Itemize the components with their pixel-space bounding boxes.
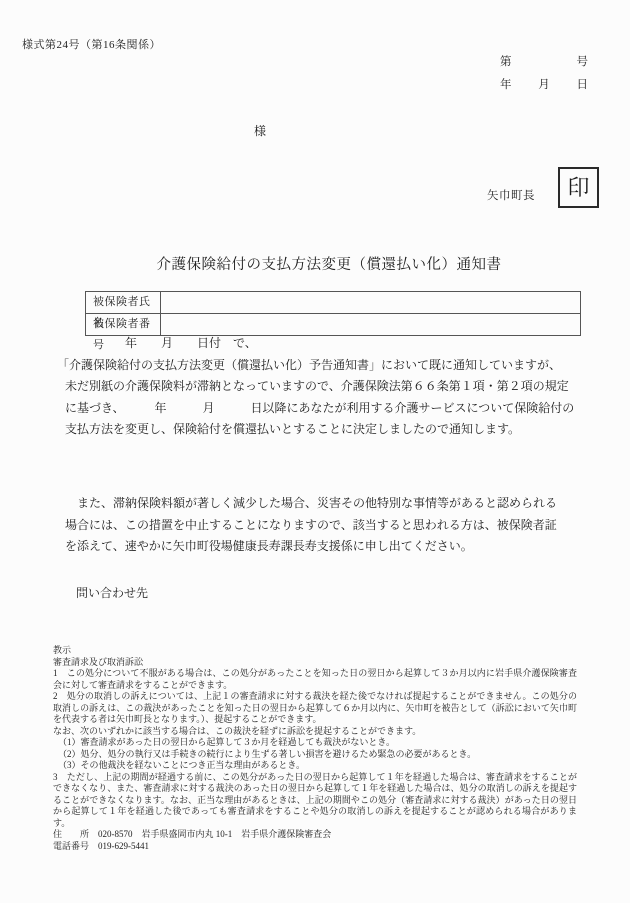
- document-number-line: 第 号: [500, 53, 588, 69]
- insured-number-value: [161, 314, 580, 335]
- appeal-subitem-2: （2）処分、処分の執行又は手続きの続行により生ずる著しい損害を避けるため緊急の必…: [53, 749, 577, 761]
- appeal-subitem-1: （1）審査請求があった日の翌日から起算して３か月を経過しても裁決がないとき。: [53, 737, 577, 749]
- appeal-item-2: 2 処分の取消しの訴えについては、上記１の審査請求に対する裁決を経た後でなければ…: [53, 691, 577, 726]
- appeal-subitem-3: （3）その他裁決を経ないことにつき正当な理由があるとき。: [53, 760, 577, 772]
- body2-line-3: を添えて、速やかに矢巾町役場健康長寿課長寿支援係に申し出てください。: [57, 536, 572, 558]
- date-month-label: 月: [538, 76, 550, 92]
- review-board-phone: 電話番号 019-629-5441: [53, 841, 577, 853]
- seal-box: 印: [558, 167, 599, 208]
- notice-document-page: 様式第24号（第16条関係） 第 号 年 月 日 様 矢巾町長 印 介護保険給付…: [0, 0, 630, 903]
- review-board-address: 住 所 020-8570 岩手県盛岡市内丸 10-1 岩手県介護保険審査会: [53, 829, 577, 841]
- document-title: 介護保険給付の支払方法変更（償還払い化）通知書: [28, 253, 630, 274]
- body1-line-1: 年 月 日付 で、: [57, 333, 572, 355]
- issuer-name: 矢巾町長: [487, 187, 535, 203]
- appeal-item-3: 3 ただし、上記の期間が経過する前に、この処分があった日の翌日から起算して１年を…: [53, 772, 577, 830]
- insured-name-label: 被保険者氏名: [86, 292, 161, 313]
- addressee-honorific: 様: [254, 122, 266, 139]
- body1-line-5: 支払方法を変更し、保険給付を償還払いとすることに決定しましたので通知します。: [57, 419, 572, 441]
- insured-number-label: 被保険者番号: [86, 314, 161, 335]
- insured-name-value: [161, 292, 580, 313]
- contact-heading: 問い合わせ先: [76, 584, 148, 601]
- table-row-insured-number: 被保険者番号: [86, 313, 580, 335]
- date-day-label: 日: [577, 76, 589, 92]
- issue-date-line: 年 月 日: [500, 76, 588, 92]
- appeal-notice-heading: 教示: [53, 645, 577, 657]
- body2-line-2: 場合には、この措置を中止することになりますので、該当すると思われる方は、被保険者…: [57, 515, 572, 537]
- body1-line-4: に基づき、 年 月 日以降にあなたが利用する介護サービスについて保険給付の: [57, 398, 572, 420]
- date-year-label: 年: [500, 76, 512, 92]
- appeal-item-1: 1 この処分について不服がある場合は、この処分があったことを知った日の翌日から起…: [53, 668, 577, 691]
- body1-line-2: 「介護保険給付の支払方法変更（償還払い化）予告通知書」において既に通知しています…: [57, 355, 572, 377]
- insured-person-table: 被保険者氏名 被保険者番号: [85, 291, 581, 336]
- body1-line-3: 未だ別紙の介護保険料が滞納となっていますので、介護保険法第６６条第１項・第２項の…: [57, 376, 572, 398]
- appeal-note-line: なお、次のいずれかに該当する場合は、この裁決を経ずに訴訟を提起することができます…: [53, 726, 577, 738]
- appeal-notice-subheading: 審査請求及び取消訴訟: [53, 657, 577, 669]
- body2-line-1: また、滞納保険料額が著しく減少した場合、災害その他特別な事情等があると認められる: [57, 493, 572, 515]
- body-paragraph-1: 年 月 日付 で、 「介護保険給付の支払方法変更（償還払い化）予告通知書」におい…: [57, 333, 572, 441]
- appeal-notice-section: 教示 審査請求及び取消訴訟 1 この処分について不服がある場合は、この処分があっ…: [53, 645, 577, 852]
- body-paragraph-2: また、滞納保険料額が著しく減少した場合、災害その他特別な事情等があると認められる…: [57, 493, 572, 558]
- form-number: 様式第24号（第16条関係）: [22, 36, 161, 52]
- doc-number-prefix: 第: [500, 53, 512, 69]
- seal-mark: 印: [567, 177, 589, 199]
- doc-number-suffix: 号: [577, 53, 589, 69]
- table-row-insured-name: 被保険者氏名: [86, 292, 580, 313]
